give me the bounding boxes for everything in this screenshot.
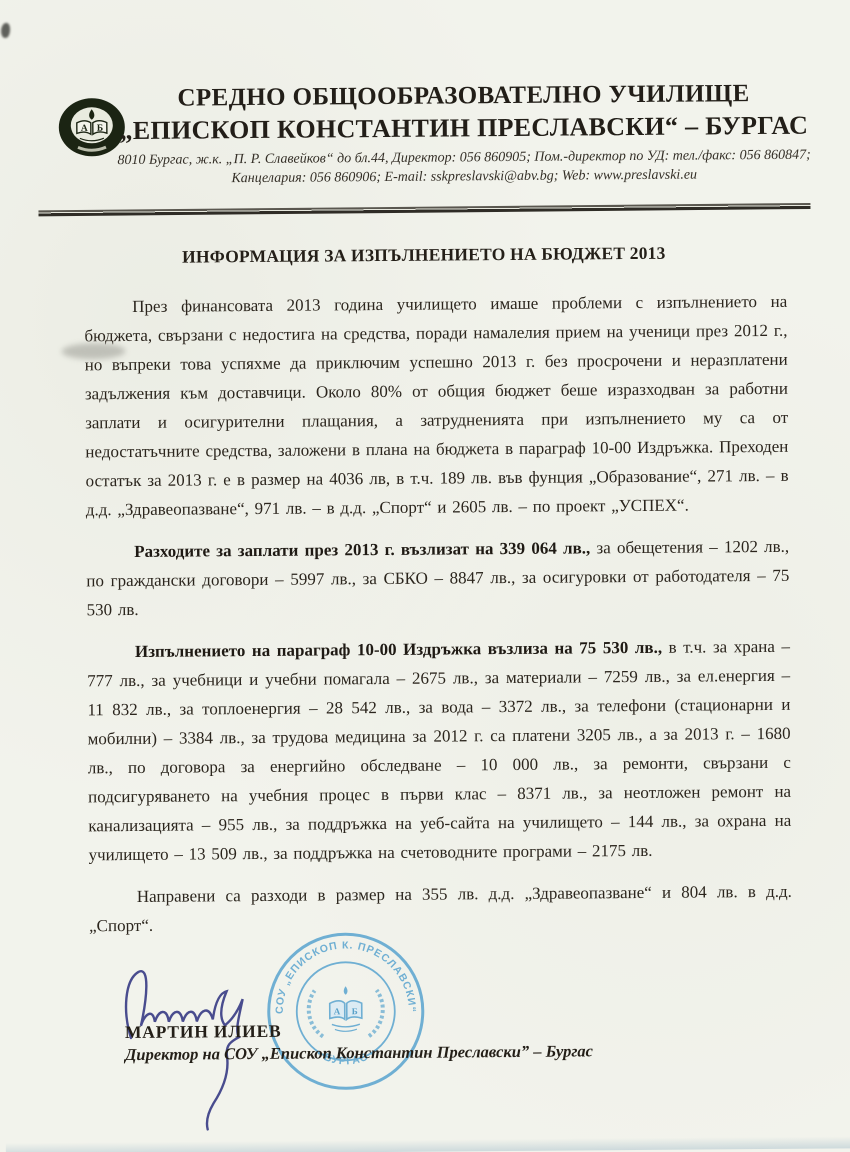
letterhead-text: СРЕДНО ОБЩООБРАЗОВАТЕЛНО УЧИЛИЩЕ „ЕПИСКО… [93, 78, 834, 189]
paragraph-2-bold-lead: Разходите за заплати през 2013 г. възлиз… [134, 538, 590, 561]
stamp-letter-a: А [334, 1006, 341, 1016]
paper-sheet: А Б СРЕДНО ОБЩООБРАЗОВАТЕЛНО УЧИЛИЩЕ „ЕП… [0, 0, 850, 1152]
scanned-document-page: А Б СРЕДНО ОБЩООБРАЗОВАТЕЛНО УЧИЛИЩЕ „ЕП… [0, 0, 850, 1152]
document-title: ИНФОРМАЦИЯ ЗА ИЗПЪЛНЕНИЕТО НА БЮДЖЕТ 201… [0, 241, 849, 269]
paragraph-4: Направени са разходи в размер на 355 лв.… [89, 877, 792, 941]
document-body: През финансовата 2013 година училището и… [84, 287, 792, 941]
paragraph-1: През финансовата 2013 година училището и… [84, 287, 789, 525]
paragraph-2: Разходите за заплати през 2013 г. възлиз… [86, 532, 790, 625]
signatory-title: Директор на СОУ „Епископ Константин Прес… [125, 1041, 593, 1065]
signature-block: СОУ „ЕПИСКОП К. ПРЕСЛАВСКИ“ • БУРГАС • А… [122, 952, 850, 1148]
letterhead-divider [38, 203, 810, 216]
svg-text:СОУ „ЕПИСКОП К. ПРЕСЛАВСКИ“: СОУ „ЕПИСКОП К. ПРЕСЛАВСКИ“ [273, 939, 418, 1014]
round-stamp: СОУ „ЕПИСКОП К. ПРЕСЛАВСКИ“ • БУРГАС • А… [260, 926, 431, 1097]
letterhead: А Б СРЕДНО ОБЩООБРАЗОВАТЕЛНО УЧИЛИЩЕ „ЕП… [0, 0, 848, 203]
paragraph-3: Изпълнението на параграф 10-00 Издръжка … [87, 632, 792, 870]
stamp-letter-b: Б [352, 1006, 358, 1016]
school-name-line2: „ЕПИСКОП КОНСТАНТИН ПРЕСЛАВСКИ“ – БУРГАС [94, 108, 834, 147]
stamp-text-top: СОУ „ЕПИСКОП К. ПРЕСЛАВСКИ“ [273, 939, 418, 1014]
paragraph-3-rest: в т.ч. за храна – 777 лв., за учебници и… [87, 637, 791, 865]
paragraph-3-bold-lead: Изпълнението на параграф 10-00 Издръжка … [135, 638, 662, 661]
stamp-emblem: А Б [309, 986, 383, 1037]
logo-letter-a: А [81, 124, 88, 134]
signatory-name: МАРТИН ИЛИЕВ [125, 1021, 282, 1043]
